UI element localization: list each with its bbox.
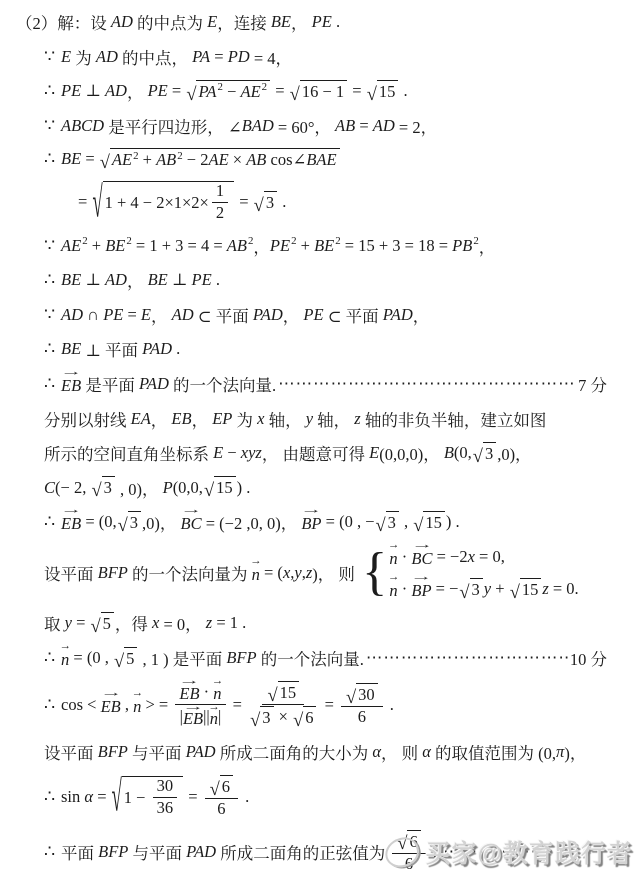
sqrt-radical: √15 xyxy=(267,681,299,703)
text-run: = xyxy=(235,192,253,212)
text-run: 轴的非负半轴，建立如图 xyxy=(361,407,547,431)
math-var: x xyxy=(257,409,264,429)
logic-symbol: ∵ xyxy=(44,236,56,256)
math-var: E xyxy=(61,47,71,67)
text-run: ⊂ 平面 xyxy=(194,303,253,327)
text-run: , 0)， xyxy=(116,476,163,500)
text-run: + xyxy=(88,236,106,256)
text-run: = (0 , xyxy=(69,648,113,668)
radicand: 15 xyxy=(278,681,300,703)
math-var: PD xyxy=(228,47,250,67)
text-run: . xyxy=(399,81,407,101)
text-run: 是平面 xyxy=(81,372,139,396)
math-var: PAD xyxy=(142,339,172,359)
text-run: ⊥ 平面 xyxy=(81,337,142,361)
logic-symbol: ∴ xyxy=(44,695,56,715)
vector-arrow: n xyxy=(210,710,218,729)
sqrt-radical: √1 − 3036 xyxy=(112,776,183,818)
solution-line-9: ∵AD ∩ PE = E， AD ⊂ 平面 PAD， PE ⊂ 平面 PAD， xyxy=(16,303,607,327)
text-run: 30 xyxy=(157,777,174,796)
text-run: = xyxy=(210,47,228,67)
text-run: − 2 xyxy=(183,149,209,170)
text-run: 1 xyxy=(216,182,224,201)
text-run: = 2， xyxy=(395,114,437,138)
watermark-logo-icon xyxy=(382,834,422,870)
text-run: ，连接 xyxy=(217,10,271,34)
math-var: PAD xyxy=(186,842,216,862)
text-run: = −2 xyxy=(432,547,467,567)
sqrt-radical: √16 − 1 xyxy=(290,80,347,102)
text-run: 为 xyxy=(71,45,96,69)
sqrt-radical: √6 xyxy=(293,706,316,728)
vector-arrow: BC xyxy=(181,514,202,534)
text-run: = (0, xyxy=(81,512,116,532)
text-run: 1 + 4 − 2×1×2× xyxy=(105,192,209,213)
text-run: = − xyxy=(432,579,459,599)
math-var: y xyxy=(306,409,313,429)
math-var: BAE xyxy=(306,149,336,170)
logic-symbol: ∴ xyxy=(44,648,56,668)
text-run: , xyxy=(400,512,412,532)
solution-line-14: C(− 2, √3 , 0)， P(0,0,√15) . xyxy=(16,476,607,500)
text-run: = xyxy=(72,613,90,633)
radical-sign-icon: √ xyxy=(473,447,483,465)
text-run: 5 xyxy=(103,613,111,634)
math-var: PAD xyxy=(139,374,169,394)
text-run: 10 分 xyxy=(570,646,607,670)
logic-symbol: ∵ xyxy=(44,116,56,136)
math-var: y xyxy=(65,613,72,633)
text-run: （2）解：设 xyxy=(16,10,111,34)
sqrt-radical: √PA2 − AE2 xyxy=(186,80,270,102)
math-var: PAD xyxy=(383,305,413,325)
text-run: + xyxy=(297,236,315,256)
math-var: x xyxy=(152,613,159,633)
vector-arrow: n xyxy=(61,650,69,670)
math-var: AD xyxy=(61,305,83,325)
watermark: 买家@教育践行者 xyxy=(385,834,633,870)
text-run: ， xyxy=(151,303,172,327)
text-run: = xyxy=(355,116,373,136)
text-run: . xyxy=(241,787,249,807)
vector-arrow: BP xyxy=(411,581,431,601)
text-run: ∩ xyxy=(83,305,103,325)
math-var: PB2 xyxy=(452,236,479,256)
logic-symbol: ∴ xyxy=(44,787,56,807)
solution-line-2: ∵E 为 AD 的中点， PA = PD = 4， xyxy=(16,45,607,69)
radicand: 3 xyxy=(128,511,141,533)
text-run: − xyxy=(223,443,241,463)
radicand: 1 − 3036 xyxy=(122,776,183,818)
solution-line-20: 设平面 BFP 与平面 PAD 所成二面角的大小为 α， 则 α 的取值范围为 … xyxy=(16,740,607,764)
vector-arrow: EB xyxy=(61,376,81,396)
denominator: 6 xyxy=(217,799,225,819)
math-var: PE xyxy=(303,305,323,325)
sqrt-radical: √15 xyxy=(510,578,542,600)
text-run: 2 xyxy=(216,204,224,223)
fraction: EB · n|EB||n| xyxy=(175,681,225,730)
radical-sign-icon: √ xyxy=(250,711,260,729)
vector-arrow: n xyxy=(389,549,397,569)
text-run: . xyxy=(212,270,220,290)
radicand: 6 xyxy=(220,775,233,797)
math-var: BFP xyxy=(98,842,128,862)
radicand: 15 xyxy=(214,476,236,498)
text-run: 3 xyxy=(262,707,270,728)
math-var: PE xyxy=(103,305,123,325)
fraction: 12 xyxy=(212,182,228,223)
vector-arrow: n xyxy=(133,697,141,717)
text-run: . xyxy=(172,339,180,359)
text-run: = xyxy=(93,787,111,807)
sqrt-radical: √1 + 4 − 2×1×2×12 xyxy=(92,181,234,223)
fraction: √306 xyxy=(341,683,383,727)
text-run: sin xyxy=(61,787,84,807)
text-run: 15 xyxy=(280,682,297,703)
vector-arrow: EB xyxy=(183,710,203,729)
denominator: 36 xyxy=(157,798,174,818)
math-var: E xyxy=(207,12,217,32)
math-var: α xyxy=(84,787,93,807)
watermark-text: 买家@教育践行者 xyxy=(426,834,633,870)
sqrt-radical: √15 xyxy=(413,511,445,533)
text-run: ，得 xyxy=(115,611,152,635)
logic-symbol: ∵ xyxy=(44,47,56,67)
math-var: AD xyxy=(111,12,133,32)
radicand: PA2 − AE2 xyxy=(196,80,270,102)
logic-symbol: ∴ xyxy=(44,339,56,359)
text-run: 3 xyxy=(485,443,493,464)
math-var: AD xyxy=(105,81,127,101)
radical-sign-icon: √ xyxy=(510,583,520,601)
text-run: ， xyxy=(253,234,270,258)
solution-line-17: 取 y = √5，得 x = 0， z = 1 . xyxy=(16,611,607,635)
radical-sign-icon: √ xyxy=(346,688,356,706)
solution-content: （2）解：设 AD 的中点为 E，连接 BE， PE .∵E 为 AD 的中点，… xyxy=(16,10,607,874)
numerator: 30 xyxy=(153,777,178,798)
math-var: PE xyxy=(61,81,81,101)
math-var: xyz xyxy=(241,443,262,463)
radical-sign-icon: √ xyxy=(293,711,303,729)
text-run: ， xyxy=(291,10,312,34)
text-run: 15 xyxy=(522,579,539,600)
math-var: EB xyxy=(171,409,191,429)
radical-sign-icon: √ xyxy=(204,481,214,499)
text-run: 6 xyxy=(217,800,225,819)
text-run: 分别以射线 xyxy=(44,407,131,431)
text-run: 的一个法向量. xyxy=(169,372,276,396)
text-run: + xyxy=(139,149,157,170)
math-var: y xyxy=(294,563,301,583)
radicand: 30 xyxy=(356,683,378,705)
text-run: (− 2, xyxy=(55,478,90,498)
text-run: 所示的空间直角坐标系 xyxy=(44,441,213,465)
solution-line-12: 分别以射线 EA， EB， EP 为 x 轴， y 轴， z 轴的非负半轴，建立… xyxy=(16,407,607,431)
text-run: = 4， xyxy=(250,45,292,69)
text-run: · xyxy=(398,547,412,567)
text-run: = 1 + 3 = 4 = xyxy=(132,236,227,256)
text-run: = 1 . xyxy=(212,613,246,633)
solution-line-19: ∴cos < EB , n > = EB · n|EB||n| = √15√3 … xyxy=(16,681,607,730)
text-run: 与平面 xyxy=(128,840,186,864)
sqrt-radical: √5 xyxy=(91,612,114,634)
math-var: BFP xyxy=(226,648,256,668)
radicand: 3 xyxy=(260,706,273,728)
logic-symbol: ∴ xyxy=(44,149,56,169)
math-var: P xyxy=(163,478,173,498)
text-run: 是平行四边形， ∠ xyxy=(104,114,242,138)
leader-dots: ⋯⋯⋯⋯⋯⋯⋯⋯⋯⋯⋯⋯⋯⋯⋯⋯⋯⋯⋯⋯⋯⋯⋯⋯⋯⋯⋯⋯⋯⋯⋯⋯⋯⋯⋯⋯⋯⋯⋯⋯ xyxy=(366,648,568,668)
text-run: 的中点， xyxy=(118,45,192,69)
logic-symbol: ∴ xyxy=(44,512,56,532)
text-run: = 60°， xyxy=(274,114,335,138)
radicand: 3 xyxy=(386,511,399,533)
vector-arrow: BC xyxy=(411,549,432,569)
sqrt-radical: √3 xyxy=(250,706,273,728)
text-run: = xyxy=(184,787,202,807)
text-run: = ( xyxy=(260,563,283,583)
superscript: 2 xyxy=(262,81,267,93)
text-run: ， xyxy=(127,268,148,292)
solution-line-8: ∴BE ⊥ AD， BE ⊥ PE . xyxy=(16,268,607,292)
radical-sign-icon: √ xyxy=(118,516,128,534)
radical-sign-icon: √ xyxy=(459,583,469,601)
sqrt-radical: √5 xyxy=(114,647,137,669)
solution-line-11: ∴EB 是平面 PAD 的一个法向量.⋯⋯⋯⋯⋯⋯⋯⋯⋯⋯⋯⋯⋯⋯⋯⋯⋯⋯⋯⋯⋯… xyxy=(16,372,607,396)
logic-symbol: ∴ xyxy=(44,270,56,290)
logic-symbol: ∴ xyxy=(44,842,56,862)
text-run: ， 由题意可得 xyxy=(262,441,369,465)
math-var: AE2 xyxy=(61,236,88,256)
math-var: x xyxy=(468,547,475,567)
text-run: ,0)， xyxy=(142,510,181,534)
numerator: 1 xyxy=(212,182,228,203)
text-run: (0, xyxy=(454,443,472,463)
radicand: 16 − 1 xyxy=(300,80,347,102)
text-run: . xyxy=(278,192,286,212)
radical-sign-icon: √ xyxy=(254,196,264,214)
math-var: BE xyxy=(61,339,81,359)
math-var: BE2 xyxy=(105,236,132,256)
text-run: 所成二面角的正弦值为 xyxy=(216,840,389,864)
fraction: 3036 xyxy=(153,777,178,818)
text-run: = xyxy=(229,695,247,715)
text-run: 1 − xyxy=(124,787,150,808)
text-run: 的一个法向量. xyxy=(257,646,364,670)
radicand: 3 xyxy=(483,442,496,464)
solution-line-6: = √1 + 4 − 2×1×2×12 = √3 . xyxy=(16,181,607,223)
left-brace-icon: { xyxy=(362,552,387,593)
radical-sign-icon: √ xyxy=(114,652,124,670)
radical-sign-icon: √ xyxy=(112,775,122,818)
text-run: = 0, xyxy=(475,547,505,567)
text-run: , 1 ) 是平面 xyxy=(138,646,226,670)
logic-symbol: ∵ xyxy=(44,305,56,325)
text-run: (0,0,0)， xyxy=(379,441,444,465)
sqrt-radical: √15 xyxy=(204,476,236,498)
sqrt-radical: √3 xyxy=(91,476,114,498)
math-var: AD xyxy=(172,305,194,325)
solution-line-18: ∴n = (0 , √5 , 1 ) 是平面 BFP 的一个法向量.⋯⋯⋯⋯⋯⋯… xyxy=(16,646,607,670)
math-var: PAD xyxy=(186,742,216,762)
text-run: 与平面 xyxy=(128,740,186,764)
math-var: E xyxy=(213,443,223,463)
text-run: = 15 + 3 = 18 = xyxy=(341,236,452,256)
denominator: |EB||n| xyxy=(180,705,222,729)
text-run: = 0， xyxy=(159,611,205,635)
radical-sign-icon: √ xyxy=(91,481,101,499)
radical-sign-icon: √ xyxy=(267,686,277,704)
text-run: 轴， xyxy=(264,407,305,431)
text-run: ⊥ xyxy=(81,81,105,101)
sqrt-radical: √3 xyxy=(254,191,277,213)
numerator: √6 xyxy=(205,775,238,799)
radical-sign-icon: √ xyxy=(186,85,196,103)
text-run: = (−2 ,0, 0)， xyxy=(202,510,302,534)
text-run: 设平面 xyxy=(44,740,98,764)
leader-dots: ⋯⋯⋯⋯⋯⋯⋯⋯⋯⋯⋯⋯⋯⋯⋯⋯⋯⋯⋯⋯⋯⋯⋯⋯⋯⋯⋯⋯⋯⋯⋯⋯⋯⋯⋯⋯⋯⋯⋯⋯ xyxy=(278,374,576,394)
text-run: = xyxy=(81,149,99,169)
vector-arrow: EB xyxy=(61,514,81,534)
math-var: B xyxy=(444,443,454,463)
math-var: AD xyxy=(96,47,118,67)
radical-sign-icon: √ xyxy=(100,153,110,171)
text-run: 3 xyxy=(388,512,396,533)
solution-line-7: ∵AE2 + BE2 = 1 + 3 = 4 = AB2，PE2 + BE2 =… xyxy=(16,234,607,258)
vector-arrow: n xyxy=(252,565,260,585)
radicand: 15 xyxy=(520,578,542,600)
text-run: . xyxy=(332,12,340,32)
text-run: )， 则 xyxy=(312,561,359,585)
sqrt-radical: √3 xyxy=(473,442,496,464)
math-var: E xyxy=(141,305,151,325)
document-page: （2）解：设 AD 的中点为 E，连接 BE， PE .∵E 为 AD 的中点，… xyxy=(0,0,641,882)
vector-arrow: n xyxy=(389,581,397,601)
text-run: ,0)， xyxy=(497,441,531,465)
math-var: AB xyxy=(335,116,355,136)
math-var: AB2 xyxy=(156,149,183,170)
text-run: ， xyxy=(413,303,430,327)
sqrt-radical: √15 xyxy=(367,80,399,102)
text-run: > = xyxy=(141,695,172,715)
equation-row: n · BC = −2x = 0, xyxy=(389,545,578,569)
radicand: 15 xyxy=(423,511,445,533)
text-run: 15 xyxy=(216,477,233,498)
math-var: AD xyxy=(105,270,127,290)
math-var: AE2 xyxy=(241,81,268,102)
solution-line-21: ∴sin α = √1 − 3036 = √66 . xyxy=(16,775,607,819)
radical-sign-icon: √ xyxy=(376,516,386,534)
text-run: 6 xyxy=(222,776,230,797)
text-run: 3 xyxy=(130,512,138,533)
fraction: √15√3 × √6 xyxy=(249,681,317,729)
solution-line-5: ∴BE = √AE2 + AB2 − 2AE × AB cos∠BAE xyxy=(16,148,607,170)
radical-sign-icon: √ xyxy=(210,780,220,798)
radicand: 1 + 4 − 2×1×2×12 xyxy=(103,181,235,223)
math-var: PAD xyxy=(253,305,283,325)
text-run: 3 xyxy=(472,579,480,600)
radicand: 5 xyxy=(101,612,114,634)
math-var: x xyxy=(283,563,290,583)
text-run: ) . xyxy=(237,478,251,498)
text-run: + xyxy=(491,579,509,599)
math-var: PE xyxy=(192,270,212,290)
math-var: α xyxy=(422,742,431,762)
text-run: ， 则 xyxy=(381,740,422,764)
text-run: 7 分 xyxy=(578,372,607,396)
radical-sign-icon: √ xyxy=(91,617,101,635)
math-var: PA xyxy=(192,47,210,67)
text-run: 6 xyxy=(305,707,313,728)
text-run: 设平面 xyxy=(44,561,98,585)
text-run: ， xyxy=(192,407,213,431)
math-var: BFP xyxy=(98,742,128,762)
text-run: ， xyxy=(127,79,148,103)
text-run: = xyxy=(78,192,91,212)
logic-symbol: ∴ xyxy=(44,374,56,394)
text-run: 3 xyxy=(266,192,274,213)
text-run: 15 xyxy=(379,81,396,102)
math-var: PE xyxy=(148,81,168,101)
solution-line-10: ∴BE ⊥ 平面 PAD . xyxy=(16,337,607,361)
radicand: 3 xyxy=(102,476,115,498)
text-run: 所成二面角的大小为 xyxy=(216,740,373,764)
text-run: = xyxy=(123,305,141,325)
vector-arrow: BP xyxy=(301,514,321,534)
math-var: ABCD xyxy=(61,116,104,136)
radical-sign-icon: √ xyxy=(413,516,423,534)
text-run: ， xyxy=(283,303,304,327)
equation-system: {n · BC = −2x = 0,n · BP = −√3y + √15z =… xyxy=(362,545,579,601)
math-var: AE xyxy=(208,149,228,170)
math-var: PE2 xyxy=(270,236,297,256)
fraction: √66 xyxy=(205,775,238,819)
text-run: ， xyxy=(479,234,496,258)
math-var: BFP xyxy=(98,563,128,583)
text-run: 16 − 1 xyxy=(302,81,344,102)
logic-symbol: ∴ xyxy=(44,81,56,101)
numerator: √15 xyxy=(262,681,304,705)
text-run: cos∠ xyxy=(266,149,306,170)
solution-line-1: （2）解：设 AD 的中点为 E，连接 BE， PE . xyxy=(16,10,607,34)
radicand: 15 xyxy=(377,80,399,102)
text-run: (0,0, xyxy=(173,478,203,498)
radicand: 5 xyxy=(124,647,137,669)
text-run: = xyxy=(320,695,338,715)
text-run: 为 xyxy=(232,407,257,431)
numerator: √30 xyxy=(341,683,383,707)
math-var: y xyxy=(484,579,491,599)
math-var: AB2 xyxy=(227,236,254,256)
sqrt-radical: √6 xyxy=(210,775,233,797)
math-var: AB xyxy=(246,149,266,170)
sqrt-radical: √3 xyxy=(459,578,482,600)
equation-rows: n · BC = −2x = 0,n · BP = −√3y + √15z = … xyxy=(389,545,578,601)
radicand: 3 xyxy=(470,578,483,600)
text-run: cos < xyxy=(61,695,101,715)
radicand: AE2 + AB2 − 2AE × AB cos∠BAE xyxy=(110,148,340,170)
math-var: BE xyxy=(148,270,168,290)
text-run: = 0. xyxy=(549,579,579,599)
text-run: ) . xyxy=(446,512,460,532)
math-var: α xyxy=(372,742,381,762)
text-run: )， xyxy=(564,740,586,764)
text-run: 的取值范围为 (0, xyxy=(431,740,556,764)
radicand: 3 xyxy=(264,191,277,213)
math-var: BE xyxy=(271,12,291,32)
solution-line-3: ∴PE ⊥ AD， PE = √PA2 − AE2 = √16 − 1 = √1… xyxy=(16,79,607,103)
text-run: 5 xyxy=(126,648,134,669)
